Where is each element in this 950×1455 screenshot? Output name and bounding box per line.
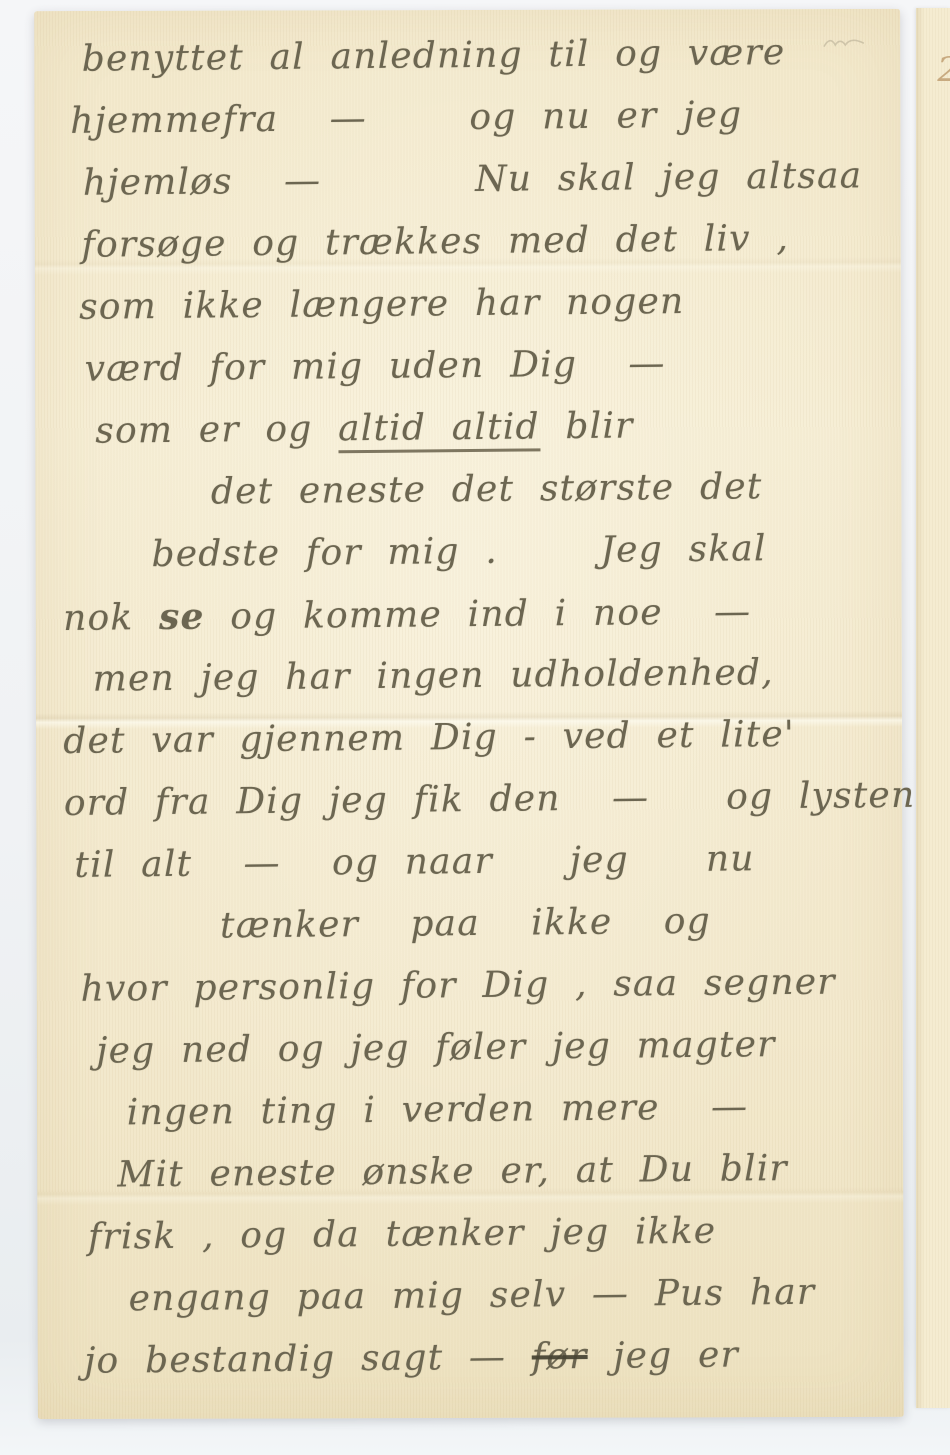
handwritten-line: men jeg har ingen udholdenhed, bbox=[57, 646, 896, 716]
handwritten-line: det eneste det største det bbox=[56, 460, 895, 530]
next-page-edge: 2 bbox=[916, 8, 950, 1408]
handwritten-text: forsøge og trækkes med det liv , bbox=[81, 218, 789, 266]
handwritten-line: hjemmefra — og nu er jeg bbox=[52, 88, 891, 158]
handwritten-text: hjemløs — Nu skal jeg altsaa bbox=[83, 155, 863, 203]
handwritten-line: ord fra Dig jeg fik den — og lysten bbox=[59, 770, 898, 840]
handwritten-line: bedste for mig . Jeg skal bbox=[56, 522, 895, 592]
handwritten-text: ord fra Dig jeg fik den — og lysten bbox=[64, 775, 916, 824]
handwritten-line: til alt — og naar jeg nu bbox=[59, 832, 898, 902]
letter-page: benyttet al anledning til og værehjemmef… bbox=[34, 9, 904, 1419]
handwritten-text: hvor personlig for Dig , saa segner bbox=[80, 962, 835, 1010]
handwritten-text: som er og bbox=[95, 408, 338, 451]
handwritten-text: ingen ting i verden mere — bbox=[127, 1086, 749, 1133]
handwritten-line: tænker paa ikke og bbox=[60, 894, 899, 964]
handwritten-text: frisk , og da tænker jeg ikke bbox=[88, 1211, 717, 1258]
handwritten-text: jeg er bbox=[587, 1334, 739, 1376]
handwritten-line: som er og altid altid blir bbox=[55, 398, 894, 468]
handwritten-text: det eneste det største det bbox=[211, 466, 763, 512]
handwritten-text: jo bestandig sagt — bbox=[84, 1336, 532, 1381]
page-number: 2 bbox=[937, 50, 950, 90]
handwritten-text: hjemmefra — og nu er jeg bbox=[70, 94, 742, 141]
handwritten-line: hvor personlig for Dig , saa segner bbox=[60, 956, 899, 1026]
handwritten-line: det var gjennem Dig - ved et lite' bbox=[58, 708, 897, 778]
handwritten-text: det var gjennem Dig - ved et lite' bbox=[63, 714, 795, 762]
handwritten-line: nok se og komme ind i noe — bbox=[57, 584, 896, 654]
handwritten-text: men jeg har ingen udholdenhed, bbox=[92, 652, 773, 700]
handwritten-text: engang paa mig selv — Pus har bbox=[128, 1272, 815, 1320]
handwritten-line: som ikke længere har nogen bbox=[54, 274, 893, 344]
handwritten-line: Mit eneste ønske er, at Du blir bbox=[62, 1142, 901, 1212]
handwritten-line: hjemløs — Nu skal jeg altsaa bbox=[53, 150, 892, 220]
handwritten-line: frisk , og da tænker jeg ikke bbox=[63, 1204, 902, 1274]
handwritten-line: forsøge og trækkes med det liv , bbox=[53, 212, 892, 282]
handwritten-text: altid altid bbox=[338, 406, 540, 453]
handwritten-text: som ikke længere har nogen bbox=[79, 281, 685, 328]
handwritten-text: til alt — og naar jeg nu bbox=[74, 838, 755, 886]
handwritten-text: bedste for mig . Jeg skal bbox=[151, 528, 767, 575]
handwritten-text: se bbox=[159, 596, 205, 638]
handwritten-line: værd for mig uden Dig — bbox=[54, 336, 893, 406]
handwritten-text: blir bbox=[540, 405, 634, 447]
handwritten-line: jo bestandig sagt — før jeg er bbox=[64, 1328, 903, 1398]
handwritten-text: Mit eneste ønske er, at Du blir bbox=[117, 1148, 788, 1195]
handwritten-line: benyttet al anledning til og være bbox=[51, 26, 890, 96]
handwritten-text: og komme ind i noe — bbox=[204, 591, 751, 637]
handwritten-line: engang paa mig selv — Pus har bbox=[63, 1266, 902, 1336]
handwritten-line: jeg ned og jeg føler jeg magter bbox=[61, 1018, 900, 1088]
handwritten-line: ingen ting i verden mere — bbox=[62, 1080, 901, 1150]
handwritten-text: benyttet al anledning til og være bbox=[82, 32, 786, 80]
handwritten-text: før bbox=[532, 1336, 588, 1378]
letter-lines: benyttet al anledning til og værehjemmef… bbox=[51, 26, 902, 1398]
handwritten-text: værd for mig uden Dig — bbox=[84, 343, 665, 390]
handwritten-text: nok bbox=[63, 597, 159, 639]
handwritten-text: jeg ned og jeg føler jeg magter bbox=[96, 1024, 776, 1072]
handwritten-text: tænker paa ikke og bbox=[220, 901, 711, 947]
